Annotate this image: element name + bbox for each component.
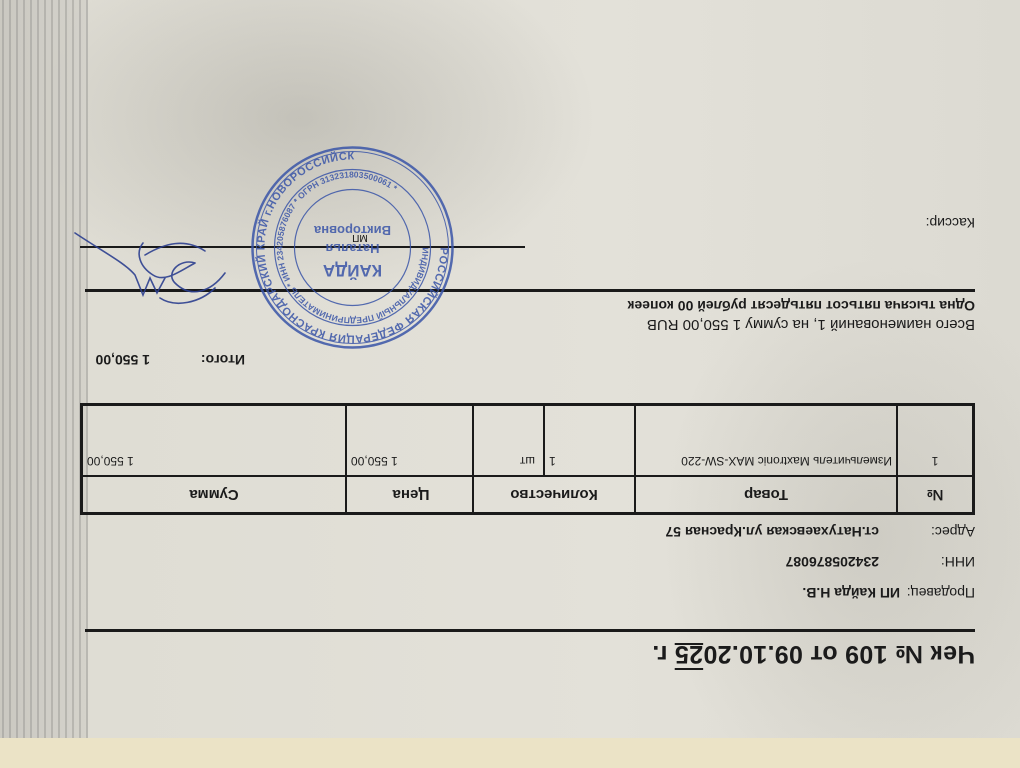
address-value: ст.Натухаевская ул.Красная 57 <box>665 524 879 540</box>
svg-text:КАЙДА: КАЙДА <box>323 261 382 280</box>
cell-quantity: 1 <box>544 405 635 477</box>
cashier-label: Кассир: <box>926 215 975 231</box>
svg-text:МП: МП <box>352 232 368 243</box>
cell-number: 1 <box>897 405 974 477</box>
signature <box>65 223 235 313</box>
amount-in-words: Одна тысяча пятьсот пятьдесят рублей 00 … <box>627 298 975 314</box>
title-divider <box>85 629 975 632</box>
receipt-document: Чек № 109 от 09.10.2025 г. Продавец: ИП … <box>75 28 975 768</box>
seller-row: Продавец: ИП Кайда Н.В. <box>907 585 975 601</box>
total-value: 1 550,00 <box>96 352 151 368</box>
address-row: Адрес: ст.Натухаевская ул.Красная 57 <box>931 524 975 540</box>
inn-row: ИНН: 234205876087 <box>941 554 975 570</box>
svg-text:Наталья: Наталья <box>325 241 379 256</box>
header-price: Цена <box>346 476 473 514</box>
address-label: Адрес: <box>931 524 975 540</box>
summary-line: Всего наименований 1, на сумму 1 550,00 … <box>647 316 975 333</box>
inn-value: 234205876087 <box>786 554 879 570</box>
receipt-title: Чек № 109 от 09.10.2025 г. <box>652 639 975 668</box>
cell-unit: шт <box>473 405 544 477</box>
inn-label: ИНН: <box>941 554 975 570</box>
items-table: № Товар Количество Цена Сумма 1 Измельчи… <box>80 403 975 515</box>
seal-stamp: РОССИЙСКАЯ ФЕДЕРАЦИЯ КРАСНОДАРСКИЙ КРАЙ … <box>250 145 455 350</box>
seller-label: Продавец: <box>907 585 975 601</box>
header-number: № <box>897 476 974 514</box>
table-row: 1 Измельчитель Maxtronic MAX-SW-220 1 шт… <box>82 405 974 477</box>
cell-sum: 1 550,00 <box>82 405 347 477</box>
cell-product: Измельчитель Maxtronic MAX-SW-220 <box>635 405 897 477</box>
receipt-title-end: г. <box>652 640 675 668</box>
total-label: Итого: <box>201 352 245 368</box>
cell-price: 1 550,00 <box>346 405 473 477</box>
receipt-title-year: 25 <box>675 640 703 668</box>
receipt-photo: Чек № 109 от 09.10.2025 г. Продавец: ИП … <box>0 0 1020 768</box>
header-sum: Сумма <box>82 476 347 514</box>
seller-value: ИП Кайда Н.В. <box>802 585 900 601</box>
header-product: Товар <box>635 476 897 514</box>
receipt-title-text: Чек № 109 от 09.10.20 <box>703 640 975 668</box>
table-header-row: № Товар Количество Цена Сумма <box>82 476 974 514</box>
header-quantity: Количество <box>473 476 635 514</box>
